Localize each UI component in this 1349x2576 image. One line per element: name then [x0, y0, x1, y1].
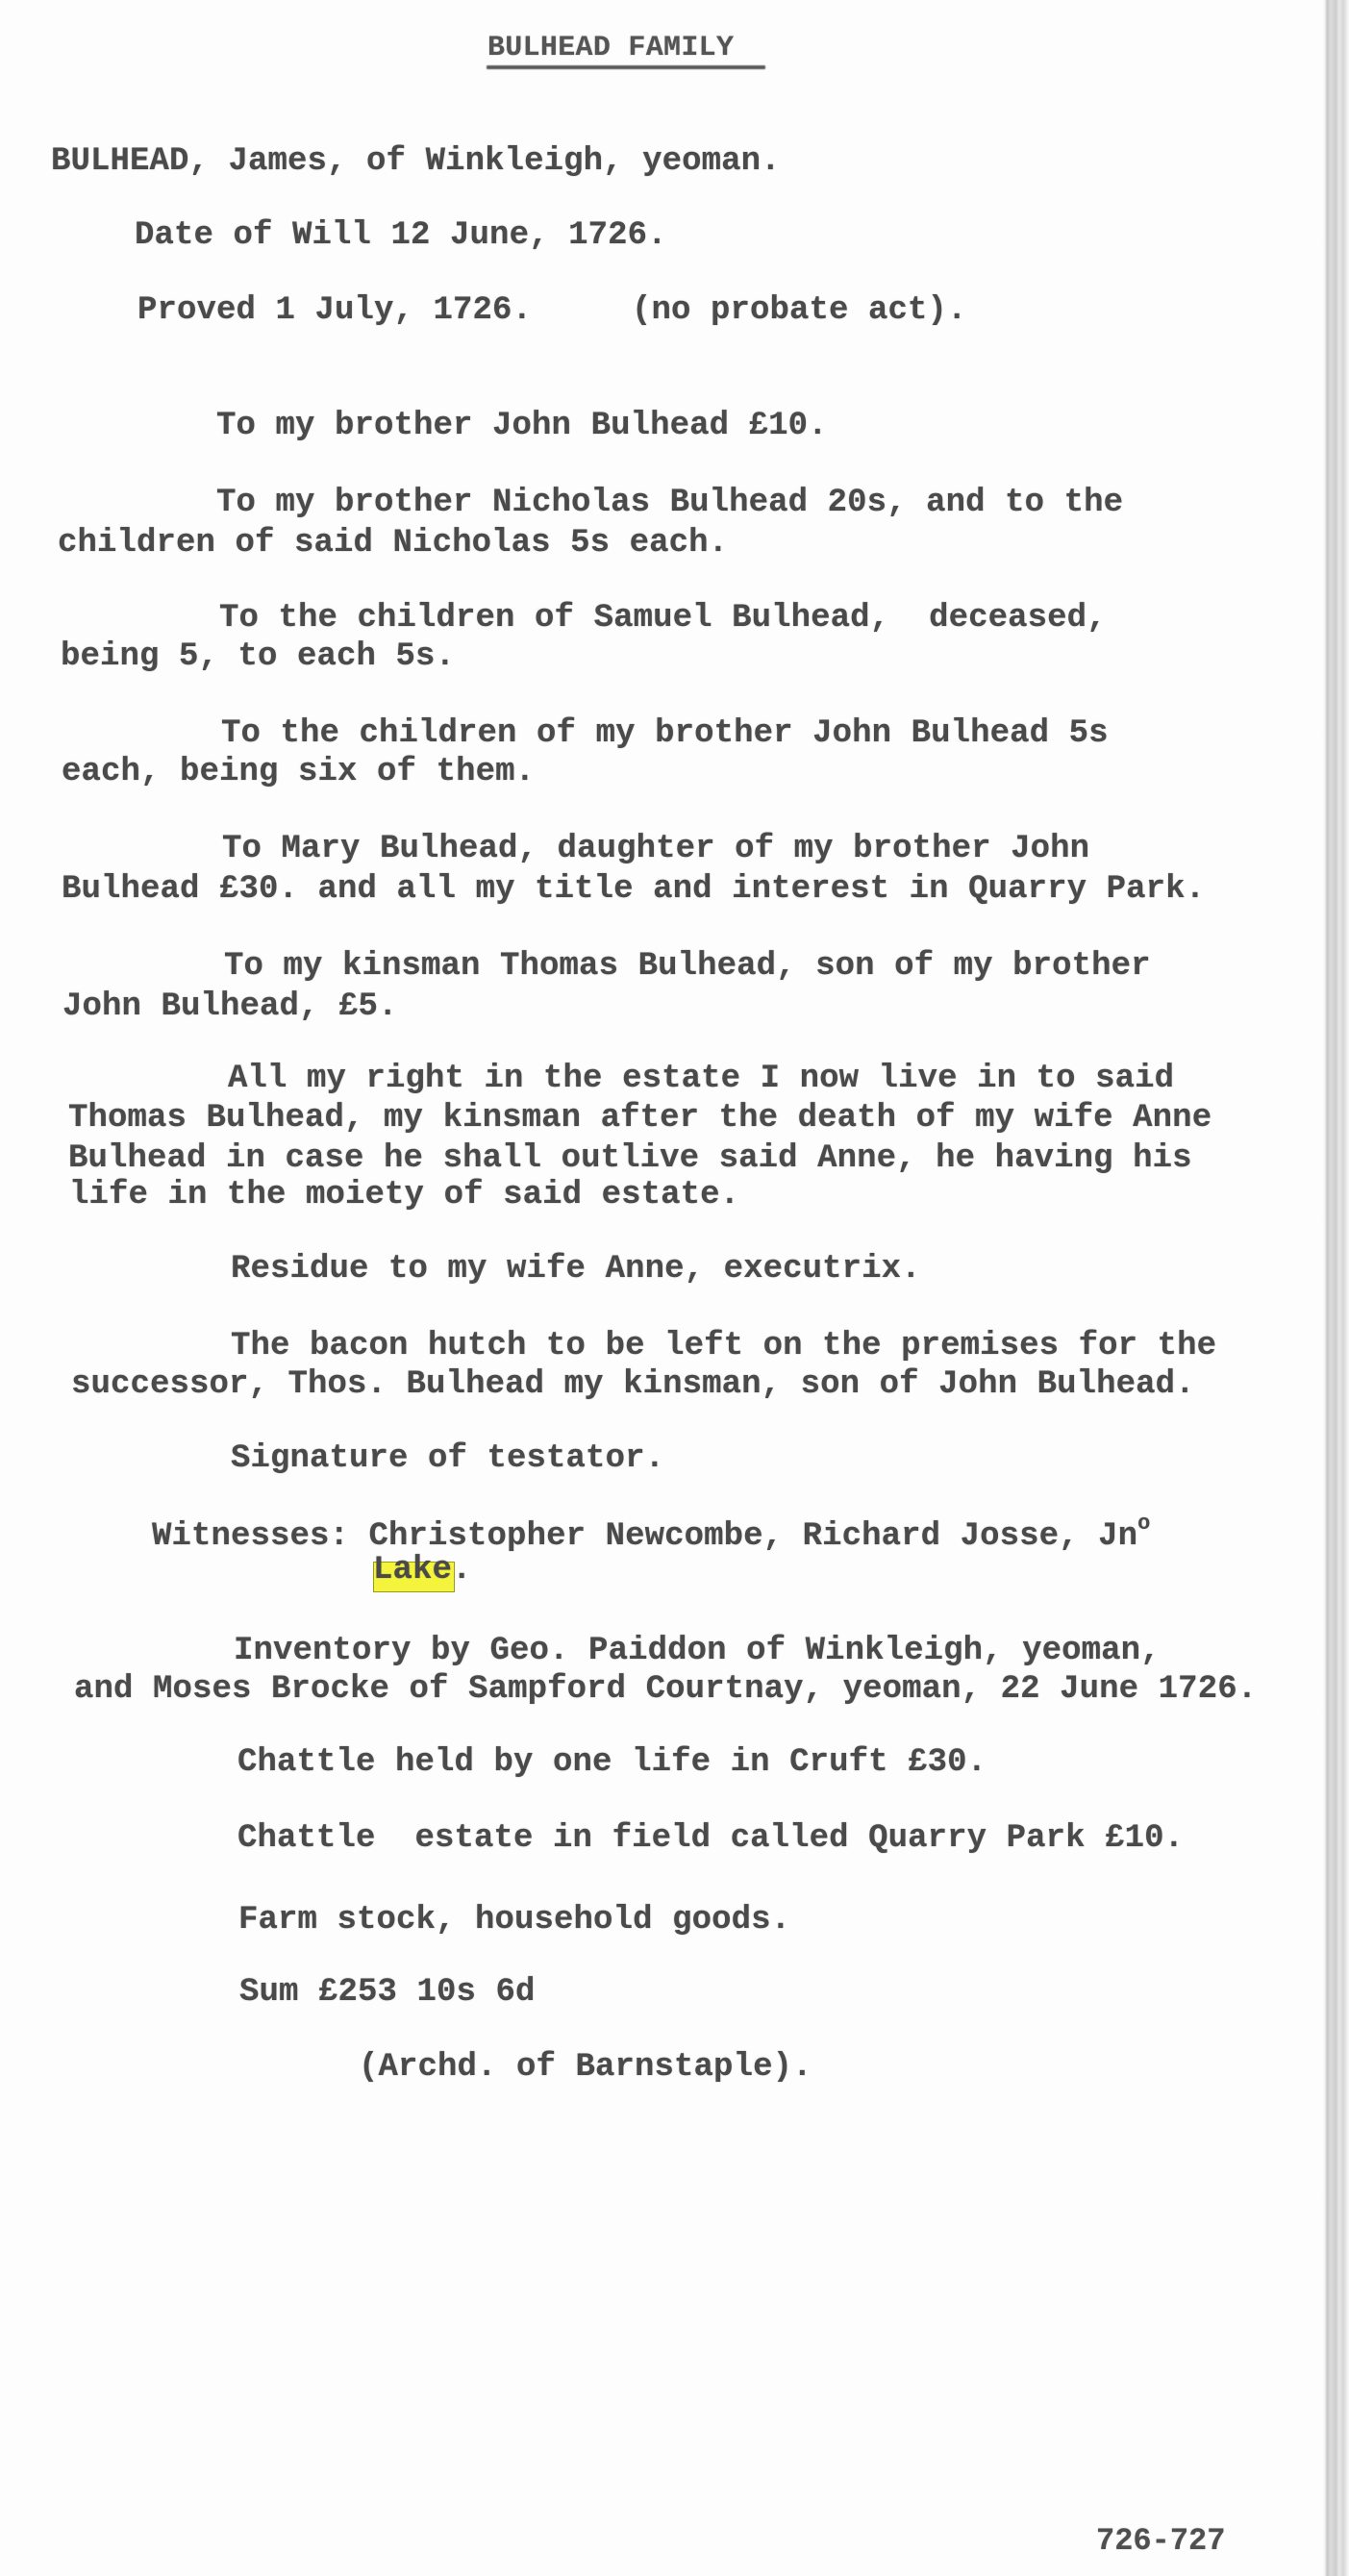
witnesses-line: Witnesses: Christopher Newcombe, Richard… [152, 1520, 1150, 1556]
bequest-line: Thomas Bulhead, my kinsman after the dea… [68, 1102, 1212, 1135]
bequest-line: each, being six of them. [62, 756, 535, 788]
bequest-line: To my brother John Bulhead £10. [216, 410, 828, 442]
witnesses-continuation: Lake. [373, 1554, 472, 1587]
folio-number: 726-727 [1096, 2526, 1225, 2557]
bequest-line: The bacon hutch to be left on the premis… [231, 1330, 1216, 1363]
bequest-line: being 5, to each 5s. [61, 640, 455, 673]
bequest-line: To my brother Nicholas Bulhead 20s, and … [216, 487, 1123, 519]
document-page: BULHEAD FAMILY BULHEAD, James, of Winkle… [0, 0, 1349, 2576]
inventory-line: Inventory by Geo. Paiddon of Winkleigh, … [234, 1635, 1161, 1667]
probate-note: (no probate act). [632, 294, 967, 327]
testator-heading: BULHEAD, James, of Winkleigh, yeoman. [51, 145, 781, 178]
highlighted-word-lake: Lake [373, 1552, 452, 1588]
bequest-line: To Mary Bulhead, daughter of my brother … [222, 833, 1089, 865]
bequest-line: All my right in the estate I now live in… [228, 1063, 1174, 1095]
proved-date: Proved 1 July, 1726. [137, 294, 532, 327]
residue-clause: Residue to my wife Anne, executrix. [231, 1253, 921, 1286]
bequest-line: To the children of my brother John Bulhe… [221, 717, 1109, 750]
inventory-item: Chattle held by one life in Cruft £30. [237, 1746, 987, 1779]
signature-note: Signature of testator. [231, 1442, 664, 1475]
bequest-line: successor, Thos. Bulhead my kinsman, son… [71, 1368, 1195, 1401]
inventory-sum: Sum £253 10s 6d [239, 1976, 536, 2009]
bequest-line: children of said Nicholas 5s each. [58, 527, 728, 560]
title-underline [487, 65, 765, 69]
inventory-line: and Moses Brocke of Sampford Courtnay, y… [74, 1673, 1257, 1706]
bequest-line: life in the moiety of said estate. [69, 1179, 739, 1212]
witnesses-text: Witnesses: Christopher Newcombe, Richard… [152, 1518, 1137, 1555]
inventory-item: Farm stock, household goods. [238, 1904, 790, 1937]
date-of-will: Date of Will 12 June, 1726. [135, 219, 667, 252]
punctuation: . [452, 1552, 472, 1588]
archive-source: (Archd. of Barnstaple). [359, 2051, 812, 2084]
inventory-item: Chattle estate in field called Quarry Pa… [237, 1822, 1184, 1855]
bequest-line: John Bulhead, £5. [62, 990, 398, 1023]
document-title: BULHEAD FAMILY [487, 33, 734, 63]
page-binding-edge [1322, 0, 1349, 2576]
superscript-o: o [1137, 1512, 1150, 1536]
bequest-line: To the children of Samuel Bulhead, decea… [219, 602, 1107, 635]
bequest-line: To my kinsman Thomas Bulhead, son of my … [224, 950, 1151, 983]
bequest-line: Bulhead in case he shall outlive said An… [68, 1142, 1192, 1175]
bequest-line: Bulhead £30. and all my title and intere… [62, 873, 1205, 906]
